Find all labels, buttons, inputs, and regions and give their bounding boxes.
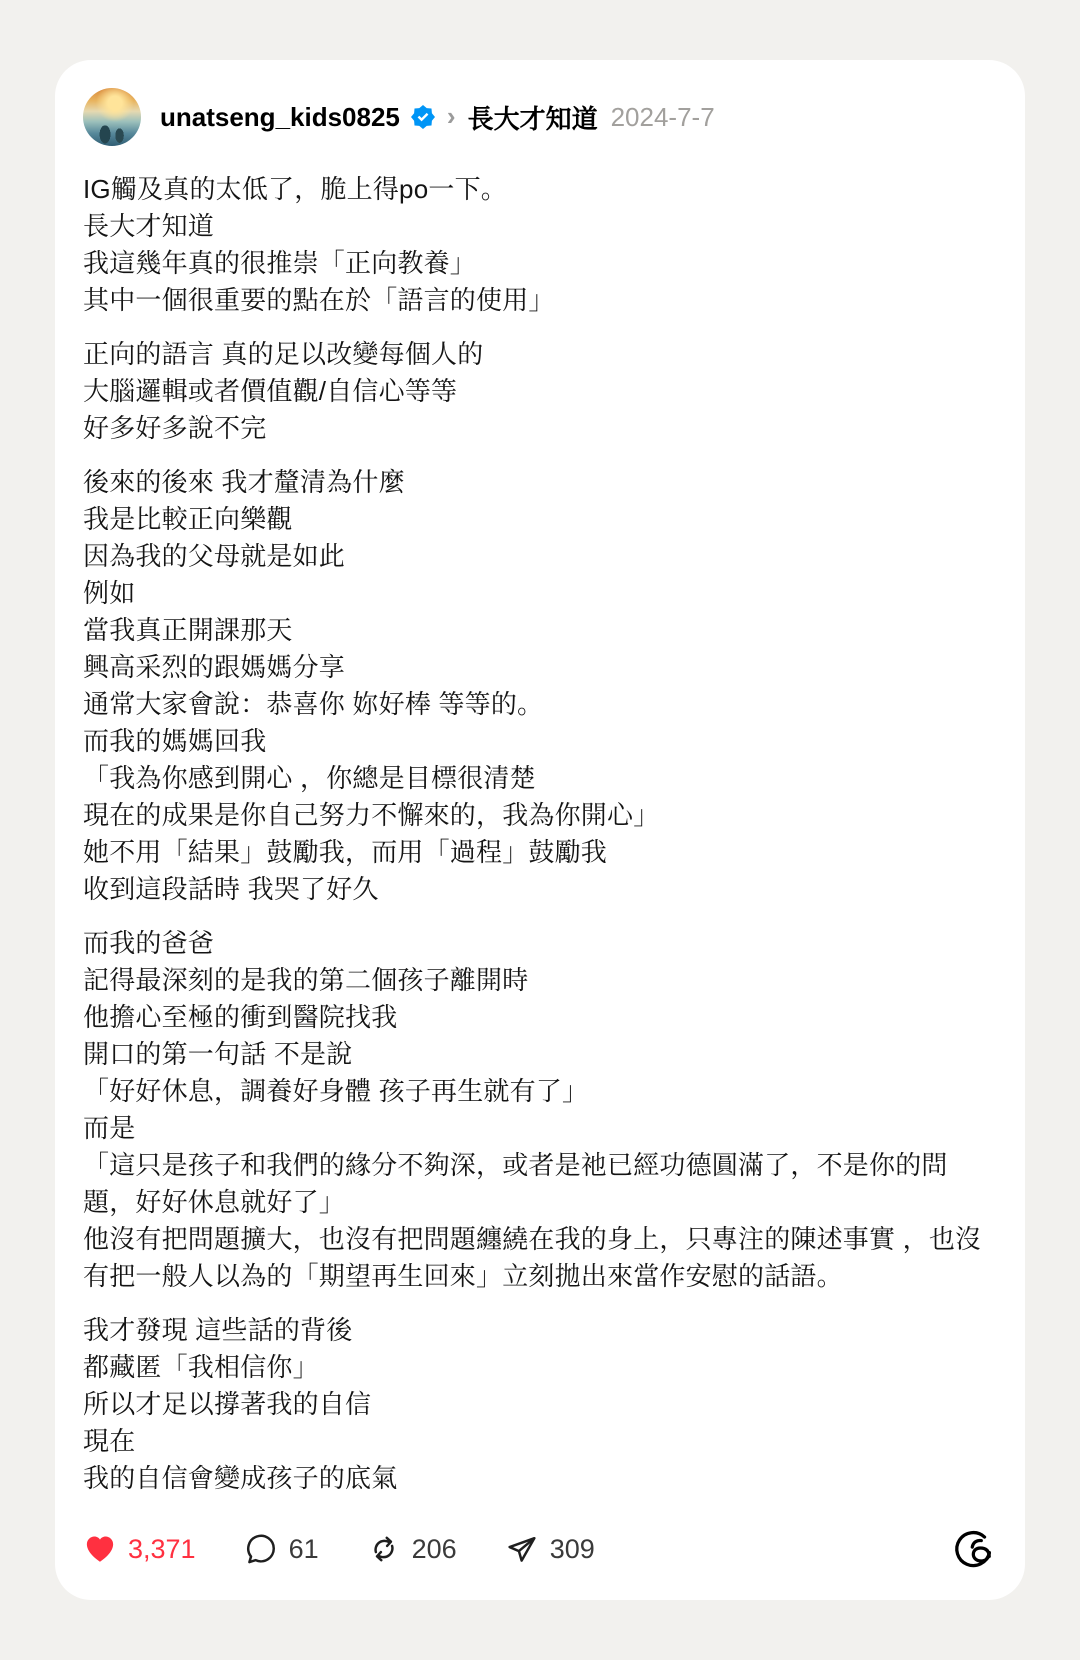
comment-icon — [244, 1532, 278, 1566]
paragraph-5: 我才發現 這些話的背後 都藏匿「我相信你」 所以才足以撐著我的自信 現在 我的自… — [83, 1312, 997, 1497]
share-button[interactable]: 309 — [505, 1532, 595, 1566]
heart-icon — [83, 1532, 117, 1566]
post-header: unatseng_kids0825 › 長大才知道 2024-7-7 — [83, 88, 997, 146]
paragraph-1: IG觸及真的太低了，脆上得po一下。 長大才知道 我這幾年真的很推崇「正向教養」… — [83, 171, 997, 319]
verified-badge-icon — [411, 105, 435, 129]
repost-button[interactable]: 206 — [367, 1532, 457, 1566]
username[interactable]: unatseng_kids0825 — [160, 102, 400, 133]
engagement-bar: 3,371 61 20 — [83, 1526, 997, 1572]
comment-button[interactable]: 61 — [244, 1532, 319, 1566]
post-date: 2024-7-7 — [611, 102, 715, 133]
comment-count: 61 — [289, 1534, 319, 1565]
paragraph-4: 而我的爸爸 記得最深刻的是我的第二個孩子離開時 他擔心至極的衝到醫院找我 開口的… — [83, 925, 997, 1295]
paragraph-3: 後來的後來 我才釐清為什麼 我是比較正向樂觀 因為我的父母就是如此 例如 當我真… — [83, 464, 997, 908]
post-card: unatseng_kids0825 › 長大才知道 2024-7-7 IG觸及真… — [55, 60, 1025, 1600]
like-button[interactable]: 3,371 — [83, 1532, 196, 1566]
avatar[interactable] — [83, 88, 141, 146]
paragraph-2: 正向的語言 真的足以改變每個人的 大腦邏輯或者價值觀/自信心等等 好多好多說不完 — [83, 336, 997, 447]
share-count: 309 — [550, 1534, 595, 1565]
like-count: 3,371 — [128, 1534, 196, 1565]
threads-logo-icon[interactable] — [951, 1526, 997, 1572]
chevron-right-icon: › — [447, 101, 456, 132]
post-body: IG觸及真的太低了，脆上得po一下。 長大才知道 我這幾年真的很推崇「正向教養」… — [83, 171, 997, 1497]
repost-count: 206 — [412, 1534, 457, 1565]
repost-icon — [367, 1532, 401, 1566]
share-icon — [505, 1532, 539, 1566]
community-name[interactable]: 長大才知道 — [468, 99, 598, 136]
